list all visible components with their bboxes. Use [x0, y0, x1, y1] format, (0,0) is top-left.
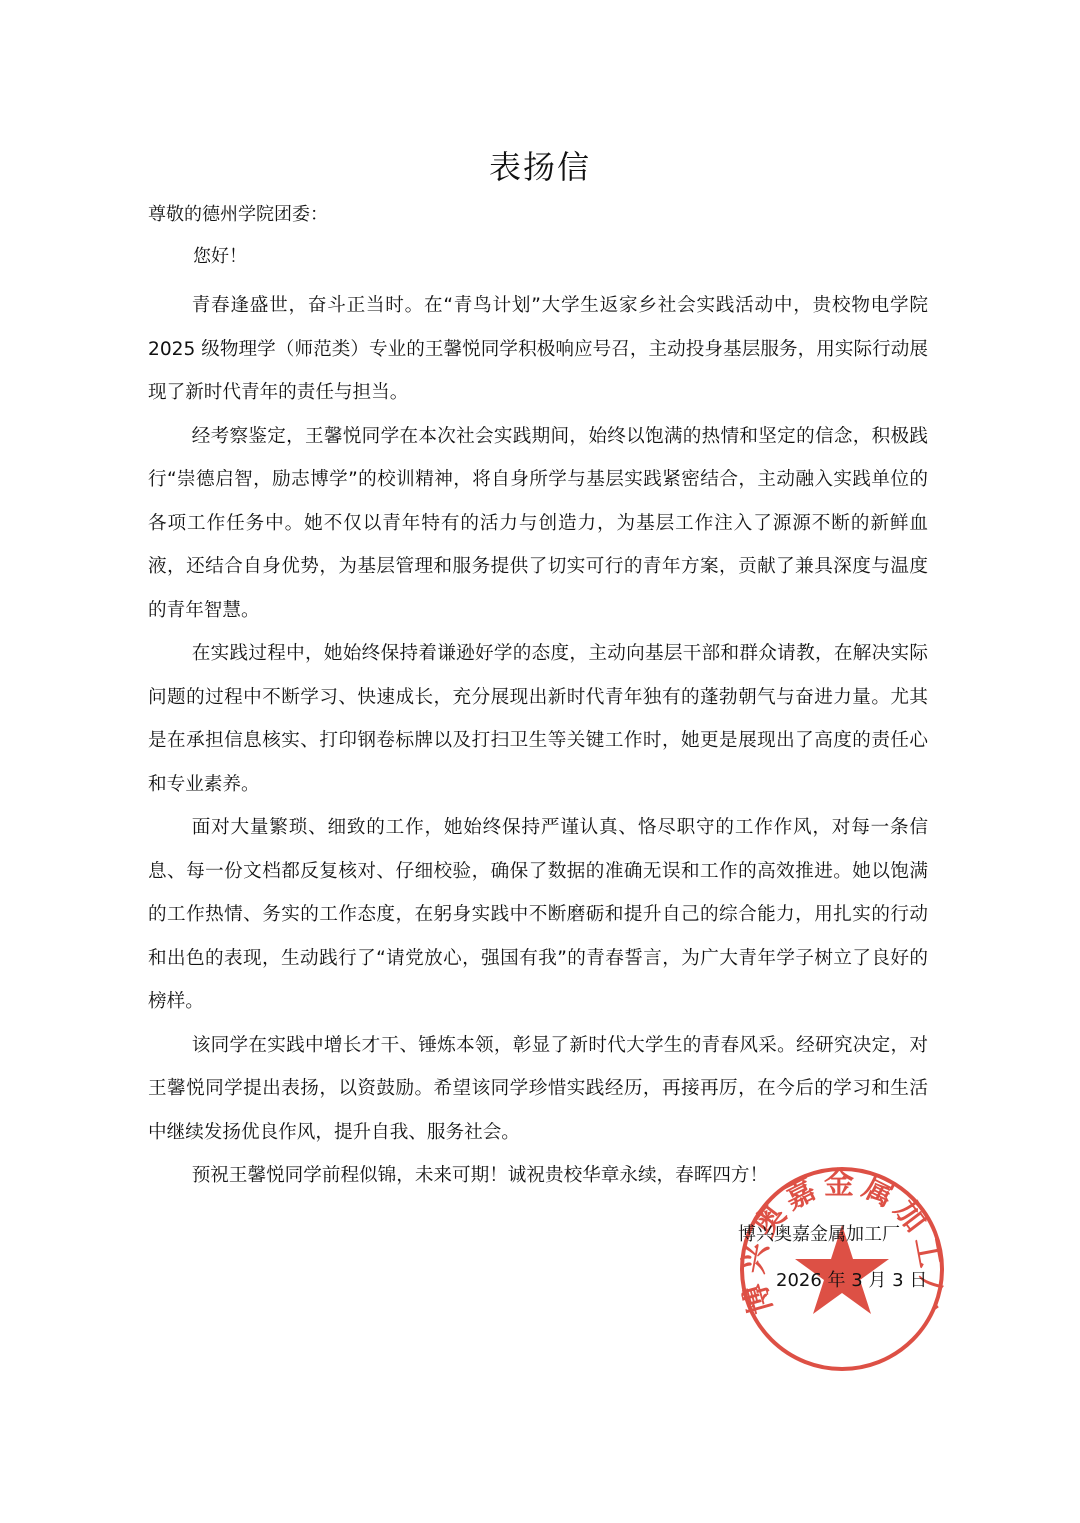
paragraph-intro: 青春逢盛世，奋斗正当时。在“青鸟计划”大学生返家乡社会实践活动中，贵校物电学院 … — [148, 284, 928, 415]
letter-title: 表扬信 — [0, 142, 1080, 188]
letter-page: 表扬信 尊敬的德州学院团委： 您好！ 青春逢盛世，奋斗正当时。在“青鸟计划”大学… — [0, 0, 1080, 1523]
greeting: 您好！ — [193, 242, 247, 268]
letter-body: 青春逢盛世，奋斗正当时。在“青鸟计划”大学生返家乡社会实践活动中，贵校物电学院 … — [148, 284, 928, 1198]
paragraph-decision: 该同学在实践中增长才干、锤炼本领，彰显了新时代大学生的青春风采。经研究决定，对王… — [148, 1024, 928, 1155]
paragraph-evaluation: 经考察鉴定，王馨悦同学在本次社会实践期间，始终以饱满的热情和坚定的信念，积极践行… — [148, 415, 928, 633]
paragraph-practice: 在实践过程中，她始终保持着谦逊好学的态度，主动向基层干部和群众请教，在解决实际问… — [148, 632, 928, 806]
signature-company: 博兴奥嘉金属加工厂 — [738, 1220, 900, 1246]
paragraph-work-style: 面对大量繁琐、细致的工作，她始终保持严谨认真、恪尽职守的工作作风，对每一条信息、… — [148, 806, 928, 1024]
salutation: 尊敬的德州学院团委： — [148, 200, 328, 226]
signature-date: 2026 年 3 月 3 日 — [776, 1266, 927, 1292]
